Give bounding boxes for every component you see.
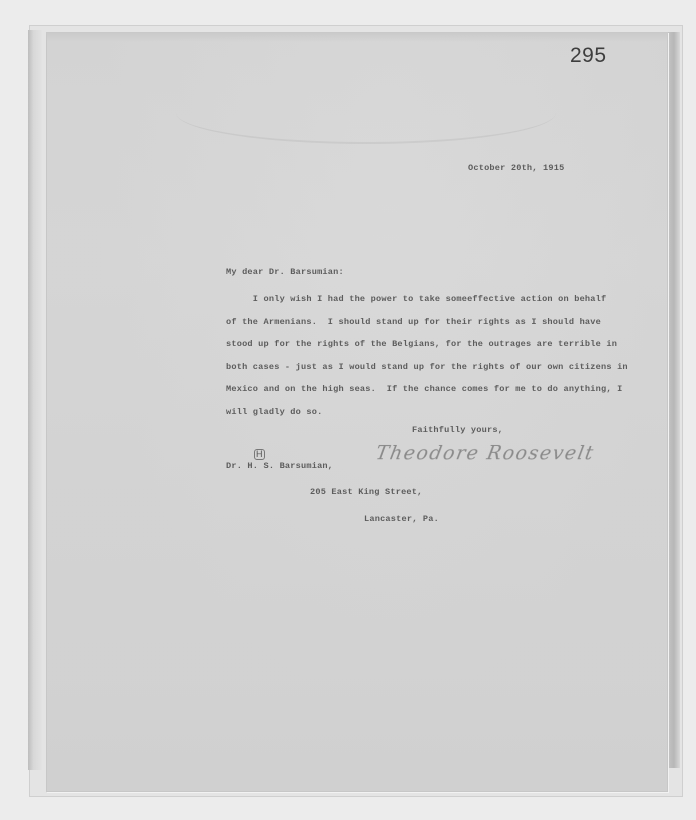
page-top-shadow (46, 32, 668, 42)
body-line: Mexico and on the high seas. If the chan… (226, 384, 622, 394)
paper-smudge (176, 82, 556, 144)
recipient-name: Dr. H. S. Barsumian, (226, 461, 333, 471)
recipient-street: 205 East King Street, (310, 487, 423, 497)
folio-number: 295 (570, 44, 607, 68)
letter-date: October 20th, 1915 (468, 163, 564, 173)
back-sheet-left-edge (28, 30, 42, 770)
back-sheet-right-edge (668, 32, 680, 768)
body-line: stood up for the rights of the Belgians,… (226, 339, 617, 349)
letter-page: 295 October 20th, 1915 My dear Dr. Barsu… (46, 32, 668, 792)
body-line: I only wish I had the power to take some… (226, 294, 606, 304)
body-line: of the Armenians. I should stand up for … (226, 317, 601, 327)
recipient-city: Lancaster, Pa. (364, 514, 439, 524)
closing: Faithfully yours, (412, 425, 503, 435)
salutation: My dear Dr. Barsumian: (226, 267, 344, 277)
body-line: both cases - just as I would stand up fo… (226, 362, 628, 372)
body-line: will gladly do so. (226, 407, 322, 417)
annotation-mark: H (254, 449, 265, 460)
handwritten-signature: Theodore Roosevelt (374, 442, 596, 464)
